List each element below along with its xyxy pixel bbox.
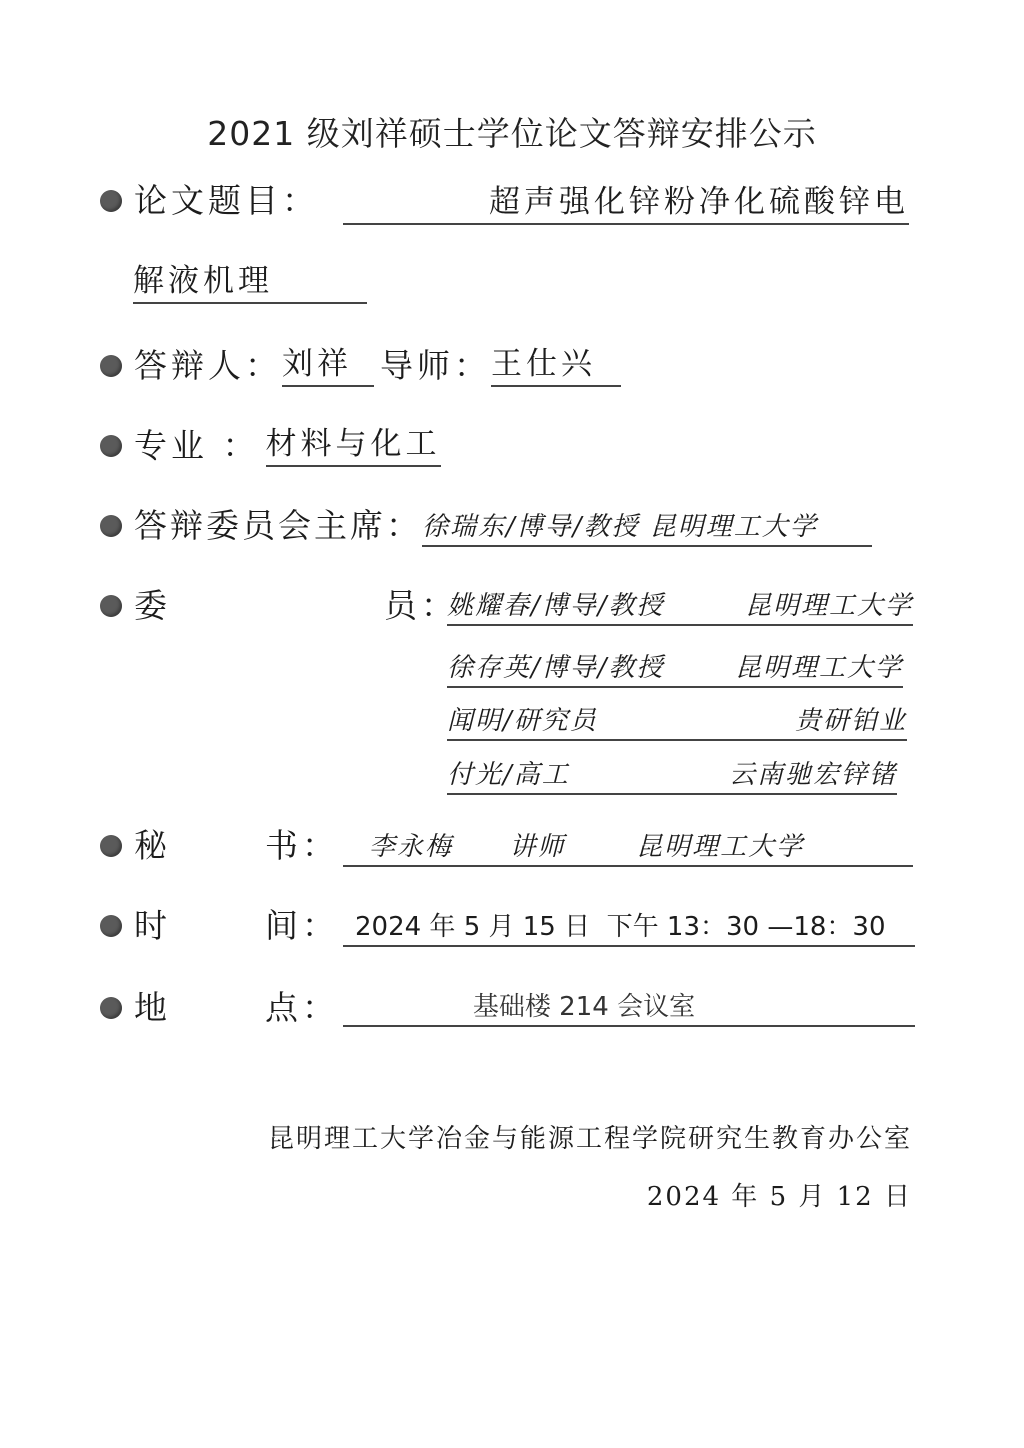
bullet-icon bbox=[100, 595, 122, 617]
members-label-left: 委 bbox=[134, 580, 171, 627]
advisor-label: 导师： bbox=[380, 340, 491, 387]
member-person: 闻明/研究员 bbox=[447, 700, 598, 737]
defender-name: 刘祥 bbox=[282, 338, 374, 387]
time-label-right: 间： bbox=[265, 900, 339, 947]
place-value: 基础楼 214 会议室 bbox=[343, 986, 915, 1027]
thesis-row: 论文题目： bbox=[100, 175, 319, 222]
secretary-name: 李永梅 bbox=[369, 832, 453, 862]
member-item: 付光/高工 云南驰宏锌锗 bbox=[447, 754, 897, 795]
bullet-icon bbox=[100, 997, 122, 1019]
time-row: 时 bbox=[100, 900, 171, 947]
member-item: 闻明/研究员 贵研铂业 bbox=[447, 700, 907, 741]
thesis-title-line2: 解液机理 bbox=[133, 255, 367, 304]
member-person: 徐存英/博导/教授 bbox=[447, 647, 665, 684]
chair-value: 徐瑞东/博导/教授 昆明理工大学 bbox=[422, 506, 872, 547]
member-org: 昆明理工大学 bbox=[745, 585, 913, 622]
member-org: 贵研铂业 bbox=[795, 700, 907, 737]
member-person: 姚耀春/博导/教授 bbox=[447, 585, 665, 622]
place-label-left: 地 bbox=[134, 982, 171, 1029]
secretary-label-right: 书： bbox=[265, 820, 339, 867]
advisor-name: 王仕兴 bbox=[491, 338, 621, 387]
bullet-icon bbox=[100, 355, 122, 377]
member-item: 徐存英/博导/教授 昆明理工大学 bbox=[447, 647, 903, 688]
secretary-row: 秘 bbox=[100, 820, 171, 867]
defender-row: 答辩人： 刘祥 导师： 王仕兴 bbox=[100, 338, 621, 387]
place-label-right: 点： bbox=[265, 982, 339, 1029]
secretary-value: 李永梅 讲师 昆明理工大学 bbox=[343, 826, 913, 867]
bullet-icon bbox=[100, 835, 122, 857]
chair-row: 答辩委员会主席： 徐瑞东/博导/教授 昆明理工大学 bbox=[100, 500, 872, 547]
issuing-office: 昆明理工大学冶金与能源工程学院研究生教育办公室 bbox=[268, 1118, 912, 1155]
secretary-title: 讲师 bbox=[510, 832, 566, 862]
member-item: 姚耀春/博导/教授 昆明理工大学 bbox=[447, 585, 913, 626]
thesis-title-line1: 超声强化锌粉净化硫酸锌电 bbox=[343, 176, 909, 225]
bullet-icon bbox=[100, 435, 122, 457]
bullet-icon bbox=[100, 515, 122, 537]
time-value: 2024 年 5 月 15 日 下午 13：30 —18：30 bbox=[343, 906, 915, 947]
major-label: 专业 ： bbox=[134, 420, 260, 467]
bullet-icon bbox=[100, 190, 122, 212]
bullet-icon bbox=[100, 915, 122, 937]
place-row: 地 bbox=[100, 982, 171, 1029]
secretary-label-left: 秘 bbox=[134, 820, 171, 867]
time-label-left: 时 bbox=[134, 900, 171, 947]
page-title: 2021 级刘祥硕士学位论文答辩安排公示 bbox=[0, 108, 1024, 155]
defender-label: 答辩人： bbox=[134, 340, 282, 387]
member-org: 云南驰宏锌锗 bbox=[729, 754, 897, 791]
member-person: 付光/高工 bbox=[447, 754, 570, 791]
major-row: 专业 ： 材料与化工 bbox=[100, 418, 441, 467]
secretary-org: 昆明理工大学 bbox=[636, 832, 804, 862]
major-value: 材料与化工 bbox=[266, 418, 441, 467]
thesis-label: 论文题目： bbox=[134, 175, 319, 222]
issue-date: 2024 年 5 月 12 日 bbox=[647, 1176, 912, 1213]
chair-label: 答辩委员会主席： bbox=[134, 500, 422, 547]
member-org: 昆明理工大学 bbox=[735, 647, 903, 684]
members-row: 委 bbox=[100, 580, 171, 627]
